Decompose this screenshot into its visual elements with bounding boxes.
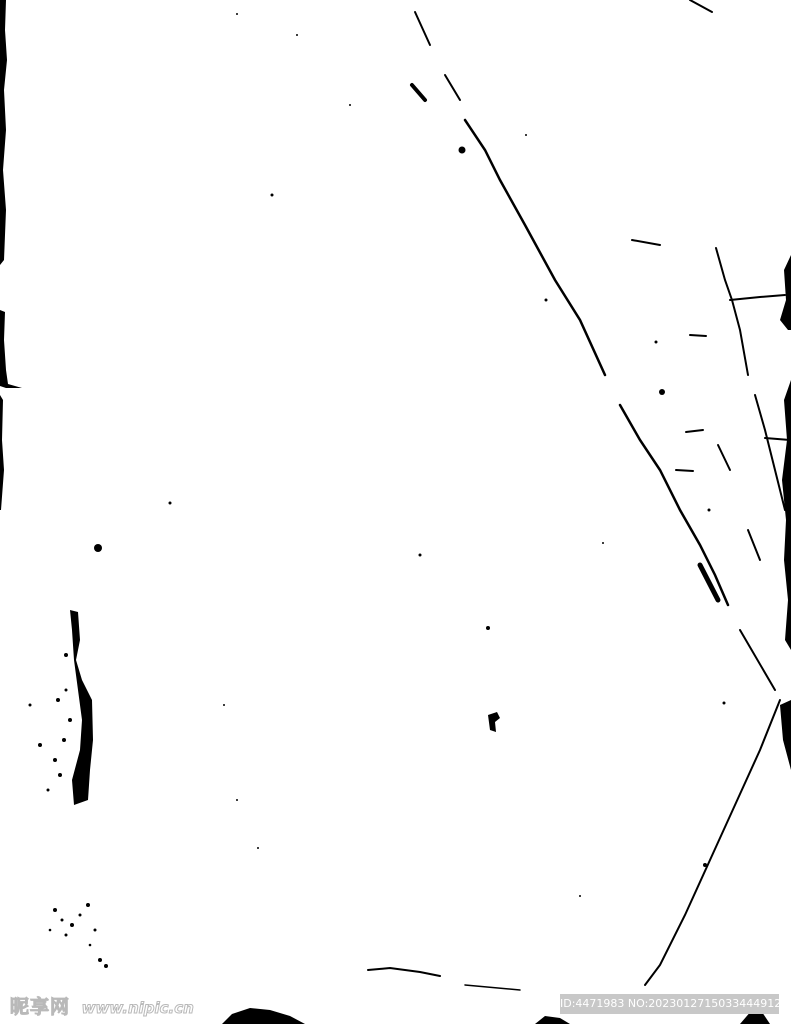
bottom-edge-stain — [222, 1008, 305, 1024]
grunge-texture — [0, 0, 791, 1024]
watermark-site-name: 昵享网 — [10, 996, 70, 1018]
watermark-id-badge: ID:4471983 NO:20230127150334449120 — [560, 994, 779, 1014]
left-edge-stain — [0, 0, 7, 265]
diagonal-scratch — [412, 0, 780, 985]
right-scratches — [632, 240, 790, 560]
right-edge-stain — [780, 255, 791, 330]
ink-specks — [169, 13, 726, 897]
watermark-logo: 昵享网 www.nipic.cn — [10, 992, 194, 1019]
watermark-site-url: www.nipic.cn — [82, 999, 194, 1017]
left-speckle-band — [29, 544, 109, 968]
